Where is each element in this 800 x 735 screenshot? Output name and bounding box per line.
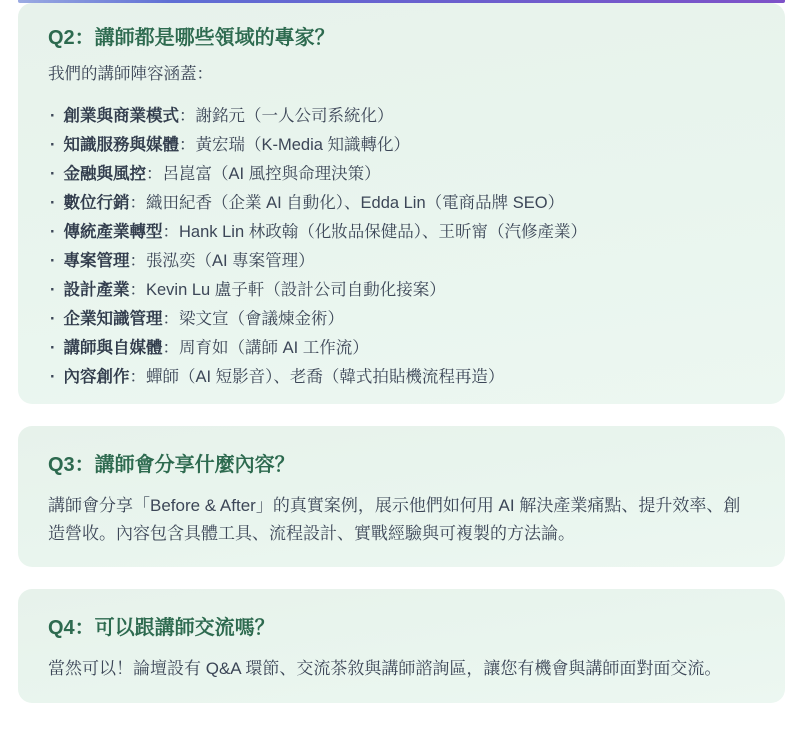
bullet-icon: · <box>50 102 56 131</box>
bullet-icon: · <box>50 305 56 334</box>
faq-section: Q2：講師都是哪些領域的專家？ 我們的講師陣容涵蓋： ·創業與商業模式：謝銘元（… <box>18 0 785 703</box>
item-text: ：周育如（講師 AI 工作流） <box>163 339 369 357</box>
faq-card-q3: Q3：講師會分享什麼內容？ 講師會分享「Before & After」的真實案例… <box>18 426 785 567</box>
item-text: ：Hank Lin 林政翰（化妝品保健品）、王昕甯（汽修產業） <box>163 223 587 241</box>
item-text: ：呂崑富（AI 風控與命理決策） <box>146 165 381 183</box>
bullet-icon: · <box>50 131 56 160</box>
item-label: 專案管理 <box>64 252 130 270</box>
item-text: ：蟬師（AI 短影音）、老喬（韓式拍貼機流程再造） <box>130 368 505 386</box>
item-text: ：梁文宣（會議煉金術） <box>163 310 345 328</box>
faq-q2-intro: 我們的講師陣容涵蓋： <box>48 63 755 86</box>
item-label: 講師與自媒體 <box>64 339 163 357</box>
bullet-icon: · <box>50 363 56 392</box>
item-text: ：謝銘元（一人公司系統化） <box>179 107 394 125</box>
faq-q3-body: 講師會分享「Before & After」的真實案例，展示他們如何用 AI 解決… <box>48 492 755 547</box>
item-text: ：織田紀香（企業 AI 自動化）、Edda Lin（電商品牌 SEO） <box>130 194 565 212</box>
faq-card-q4: Q4：可以跟講師交流嗎？ 當然可以！論壇設有 Q&A 環節、交流茶敘與講師諮詢區… <box>18 589 785 703</box>
bullet-icon: · <box>50 160 56 189</box>
item-label: 知識服務與媒體 <box>64 136 180 154</box>
item-text: ：張泓奕（AI 專案管理） <box>130 252 315 270</box>
faq-q3-title: Q3：講師會分享什麼內容？ <box>48 452 755 478</box>
bullet-icon: · <box>50 276 56 305</box>
bullet-icon: · <box>50 189 56 218</box>
faq-card-q2: Q2：講師都是哪些領域的專家？ 我們的講師陣容涵蓋： ·創業與商業模式：謝銘元（… <box>18 3 785 404</box>
list-item: ·創業與商業模式：謝銘元（一人公司系統化） <box>48 102 755 131</box>
list-item: ·設計產業：Kevin Lu 盧子軒（設計公司自動化接案） <box>48 276 755 305</box>
item-label: 創業與商業模式 <box>64 107 180 125</box>
list-item: ·知識服務與媒體：黃宏瑞（K-Media 知識轉化） <box>48 131 755 160</box>
item-label: 金融與風控 <box>64 165 147 183</box>
bullet-icon: · <box>50 247 56 276</box>
faq-q2-title: Q2：講師都是哪些領域的專家？ <box>48 25 755 51</box>
item-label: 企業知識管理 <box>64 310 163 328</box>
list-item: ·企業知識管理：梁文宣（會議煉金術） <box>48 305 755 334</box>
item-label: 傳統產業轉型 <box>64 223 163 241</box>
item-text: ：Kevin Lu 盧子軒（設計公司自動化接案） <box>130 281 446 299</box>
list-item: ·專案管理：張泓奕（AI 專案管理） <box>48 247 755 276</box>
list-item: ·內容創作：蟬師（AI 短影音）、老喬（韓式拍貼機流程再造） <box>48 363 755 392</box>
bullet-icon: · <box>50 334 56 363</box>
list-item: ·傳統產業轉型：Hank Lin 林政翰（化妝品保健品）、王昕甯（汽修產業） <box>48 218 755 247</box>
item-label: 內容創作 <box>64 368 130 386</box>
item-label: 設計產業 <box>64 281 130 299</box>
faq-q4-title: Q4：可以跟講師交流嗎？ <box>48 615 755 641</box>
list-item: ·講師與自媒體：周育如（講師 AI 工作流） <box>48 334 755 363</box>
bullet-icon: · <box>50 218 56 247</box>
list-item: ·金融與風控：呂崑富（AI 風控與命理決策） <box>48 160 755 189</box>
item-label: 數位行銷 <box>64 194 130 212</box>
expert-list: ·創業與商業模式：謝銘元（一人公司系統化） ·知識服務與媒體：黃宏瑞（K-Med… <box>48 102 755 392</box>
list-item: ·數位行銷：織田紀香（企業 AI 自動化）、Edda Lin（電商品牌 SEO） <box>48 189 755 218</box>
item-text: ：黃宏瑞（K-Media 知識轉化） <box>179 136 410 154</box>
faq-q4-body: 當然可以！論壇設有 Q&A 環節、交流茶敘與講師諮詢區，讓您有機會與講師面對面交… <box>48 655 755 683</box>
